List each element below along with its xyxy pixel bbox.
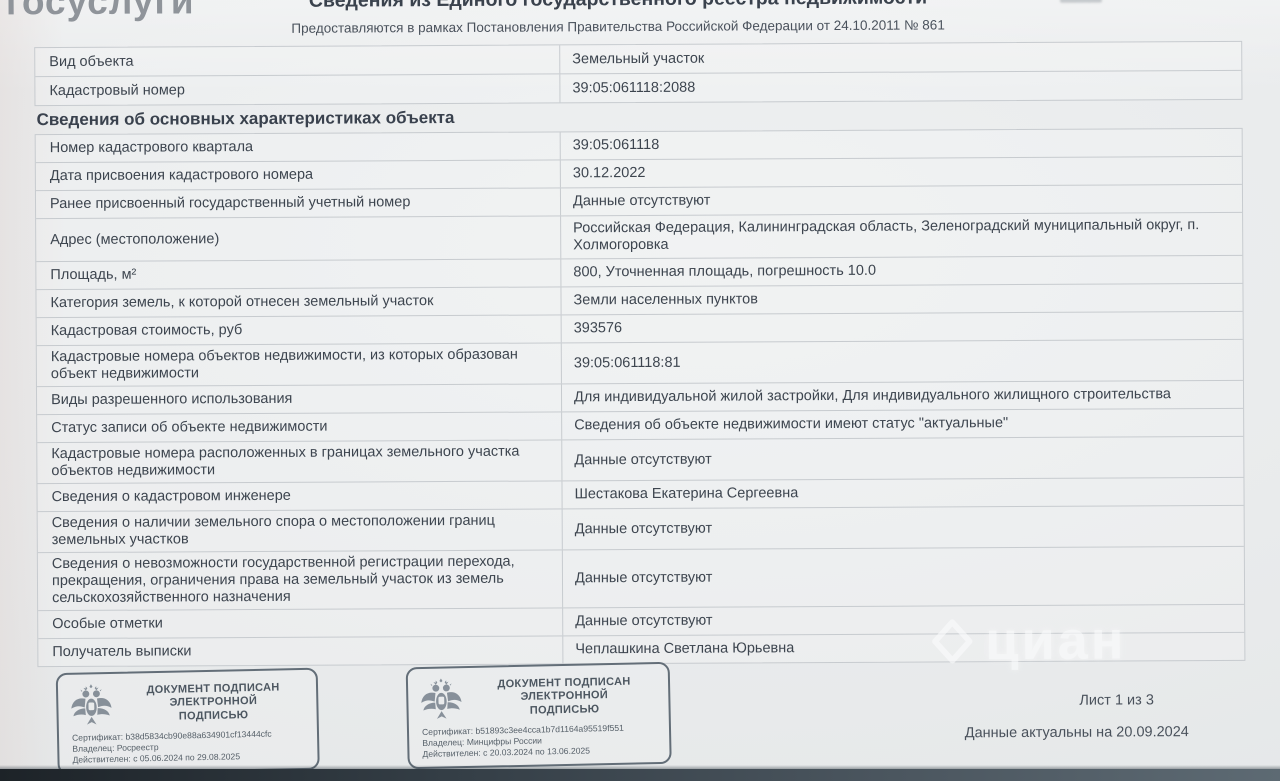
row-value: Данные отсутствуют <box>560 185 1242 216</box>
gosuslugi-logo: госуслуги <box>6 0 195 23</box>
row-value: 39:05:061118 <box>560 129 1242 160</box>
row-label: Адрес (местоположение) <box>36 216 560 261</box>
stamp-details: Сертификат: b51893c3ee4cca1b7d1164a95519… <box>409 721 670 766</box>
row-value: Данные отсутствуют <box>561 437 1243 481</box>
row-label: Особые отметки <box>38 608 562 638</box>
row-label: Площадь, м² <box>36 259 560 289</box>
row-value: Данные отсутствуют <box>562 605 1244 636</box>
photo-bottom-edge <box>0 769 1280 781</box>
stamp-title: ДОКУМЕНТ ПОДПИСАН ЭЛЕКТРОННОЙ ПОДПИСЬЮ <box>470 675 659 719</box>
sheet-number: Лист 1 из 3 <box>1017 692 1217 709</box>
row-label: Виды разрешенного использования <box>37 384 561 414</box>
stamp-header: ДОКУМЕНТ ПОДПИСАН ЭЛЕКТРОННОЙ ПОДПИСЬЮ <box>58 670 317 732</box>
signature-stamp-rosreestr: ДОКУМЕНТ ПОДПИСАН ЭЛЕКТРОННОЙ ПОДПИСЬЮ С… <box>56 668 320 775</box>
section-title: Сведения об основных характеристиках объ… <box>37 108 455 130</box>
row-value: Данные отсутствуют <box>562 506 1244 550</box>
details-table: Номер кадастрового квартала 39:05:061118… <box>35 128 1246 667</box>
row-value: 800, Уточненная площадь, погрешность 10.… <box>560 256 1242 287</box>
double-eagle-emblem-icon <box>68 681 115 730</box>
row-value: 393576 <box>561 312 1243 343</box>
row-value: Для индивидуальной жилой застройки, Для … <box>561 381 1243 412</box>
row-value: Сведения об объекте недвижимости имеют с… <box>561 409 1243 440</box>
row-label: Номер кадастрового квартала <box>36 132 560 162</box>
signature-stamp-mincifry: ДОКУМЕНТ ПОДПИСАН ЭЛЕКТРОННОЙ ПОДПИСЬЮ С… <box>406 662 672 770</box>
row-label: Статус записи об объекте недвижимости <box>37 412 561 442</box>
row-label: Кадастровые номера объектов недвижимости… <box>37 343 561 386</box>
row-label: Ранее присвоенный государственный учетны… <box>36 188 560 218</box>
table-row: Адрес (местоположение) Российская Федера… <box>36 212 1242 261</box>
stamp-title: ДОКУМЕНТ ПОДПИСАН ЭЛЕКТРОННОЙ ПОДПИСЬЮ <box>120 681 307 725</box>
data-actual-date: Данные актуальны на 20.09.2024 <box>932 724 1222 742</box>
row-label: Сведения о наличии земельного спора о ме… <box>38 509 562 552</box>
row-value: 39:05:061118:2088 <box>559 71 1241 103</box>
row-value: Российская Федерация, Калининградская об… <box>560 213 1242 259</box>
row-label: Получатель выписки <box>38 636 562 666</box>
document-title: Сведения из Единого государственного рее… <box>238 0 998 13</box>
row-label: Вид объекта <box>35 45 559 76</box>
table-row: Кадастровые номера объектов недвижимости… <box>37 339 1243 386</box>
row-value: Земли населенных пунктов <box>560 284 1242 315</box>
stamp-header: ДОКУМЕНТ ПОДПИСАН ЭЛЕКТРОННОЙ ПОДПИСЬЮ <box>408 664 669 726</box>
row-label: Сведения о кадастровом инженере <box>37 481 561 511</box>
row-value: 39:05:061118:81 <box>561 340 1243 384</box>
row-value: Земельный участок <box>559 42 1241 74</box>
row-label: Кадастровый номер <box>35 74 559 105</box>
row-label: Сведения о невозможности государственной… <box>38 550 562 610</box>
table-row: Сведения о наличии земельного спора о ме… <box>38 505 1244 552</box>
row-value: Чеплашкина Светлана Юрьевна <box>562 633 1244 664</box>
row-label: Категория земель, к которой отнесен земе… <box>36 287 560 317</box>
document-subtitle: Предоставляются в рамках Постановления П… <box>178 17 1058 37</box>
cropped-text-fragment <box>1060 0 1102 3</box>
summary-table: Вид объекта Земельный участок Кадастровы… <box>34 41 1242 106</box>
row-label: Кадастровая стоимость, руб <box>37 315 561 345</box>
document-sheet: госуслуги Сведения из Единого государств… <box>0 0 1280 781</box>
row-value: 30.12.2022 <box>560 157 1242 188</box>
row-label: Дата присвоения кадастрового номера <box>36 160 560 190</box>
double-eagle-emblem-icon <box>418 675 465 724</box>
table-row: Кадастровые номера расположенных в грани… <box>37 436 1243 483</box>
row-value: Данные отсутствуют <box>562 547 1244 608</box>
table-row: Сведения о невозможности государственной… <box>38 546 1244 610</box>
row-label: Кадастровые номера расположенных в грани… <box>37 440 561 483</box>
row-value: Шестакова Екатерина Сергеевна <box>561 478 1243 509</box>
